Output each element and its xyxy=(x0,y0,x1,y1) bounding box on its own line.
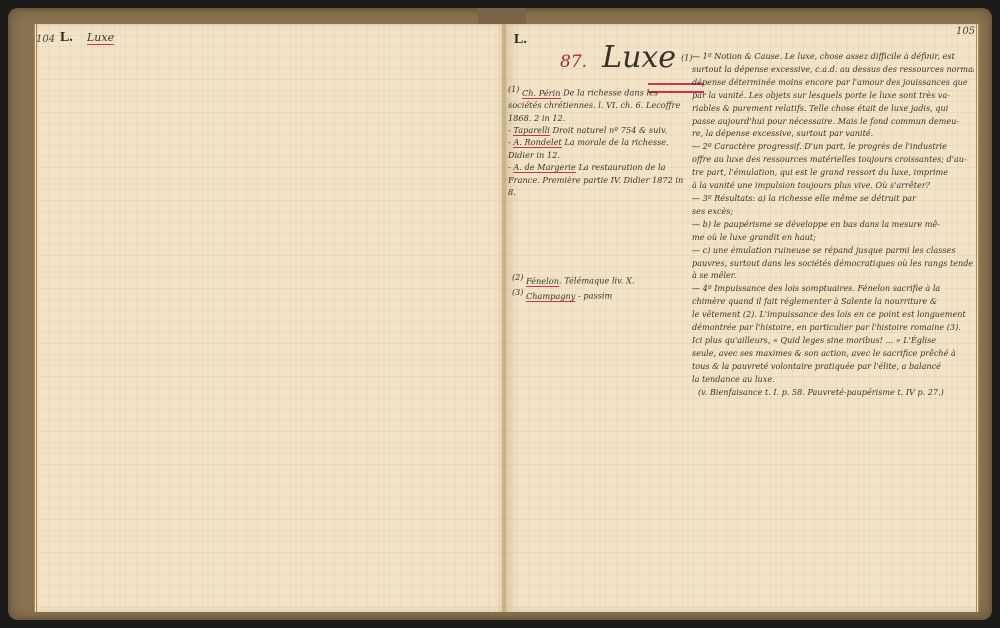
body-line: à se mêler. xyxy=(692,269,974,282)
body-line: — 2º Caractère progressif. D'un part, le… xyxy=(692,140,974,153)
body-line: le vêtement (2). L'impuissance des lois … xyxy=(692,308,974,321)
body-line: chimère quand il fait réglementer à Sale… xyxy=(692,295,974,308)
entry-body: — 1º Notion & Cause. Le luxe, chose asse… xyxy=(692,50,974,398)
left-heading: Luxe xyxy=(87,31,114,45)
body-line: Ici plus qu'ailleurs, « Quid leges sine … xyxy=(692,334,974,347)
body-line: tre part, l'émulation, qui est le grand … xyxy=(692,166,974,179)
body-line: à la vanité une impulsion toujours plus … xyxy=(692,179,974,192)
body-line: pauvres, surtout dans les sociétés démoc… xyxy=(692,257,974,270)
body-line: passe aujourd'hui pour nécessaire. Mais … xyxy=(692,115,974,128)
reference-text: Droit naturel nº 754 & suiv. xyxy=(552,125,667,135)
reference-item: - Taparelli Droit naturel nº 754 & suiv. xyxy=(508,124,684,136)
footnote-item: (2) Fénelon. Télémaque liv. X. xyxy=(512,272,688,287)
title-footnote-mark: (1) xyxy=(681,54,692,63)
footnote-text: Télémaque liv. X. xyxy=(564,276,634,286)
reference-author: Ch. Périn xyxy=(522,88,561,99)
left-page-number: 104 xyxy=(36,34,55,45)
body-line: — c) une émulation ruineuse se répand ju… xyxy=(692,244,974,257)
body-line: ses excès; xyxy=(692,205,974,218)
footnotes-block: (2) Fénelon. Télémaque liv. X. (3) Champ… xyxy=(512,272,688,302)
reference-item: - A. de Margerie La restauration de la F… xyxy=(508,161,684,198)
references-block: (1) Ch. Périn De la richesse dans les so… xyxy=(508,84,684,198)
body-line: — 1º Notion & Cause. Le luxe, chose asse… xyxy=(692,50,974,63)
body-line: la tendance au luxe. xyxy=(692,373,974,386)
reference-item: - A. Rondelet La morale de la richesse. … xyxy=(508,136,684,161)
body-line: riables & purement relatifs. Telle chose… xyxy=(692,102,974,115)
footnote-text: passim xyxy=(583,291,612,301)
left-page xyxy=(34,24,507,612)
reference-author: Taparelli xyxy=(513,125,549,136)
body-line: surtout la dépense excessive, c.a.d. au … xyxy=(692,63,974,76)
footnote-mark: (1) xyxy=(508,85,519,94)
body-line: — 3º Résultats: a) la richesse elle même… xyxy=(692,192,974,205)
footnote-mark: (3) xyxy=(512,288,523,297)
body-line: tous & la pauvreté volontaire pratiquée … xyxy=(692,360,974,373)
right-section-letter: L. xyxy=(514,32,527,48)
body-line: par la vanité. Les objets sur lesquels p… xyxy=(692,89,974,102)
body-line: me où le luxe grandit en haut; xyxy=(692,231,974,244)
entry-number: 87. xyxy=(560,52,587,72)
body-line: démontrée par l'histoire, en particulier… xyxy=(692,321,974,334)
reference-item: (1) Ch. Périn De la richesse dans les so… xyxy=(508,84,684,124)
footnote-mark: (2) xyxy=(512,273,523,282)
cross-reference-line: (v. Bienfaisance t. I. p. 58. Pauvreté-p… xyxy=(692,386,974,399)
body-line: — 4º Impuissance des lois somptuaires. F… xyxy=(692,282,974,295)
footnote-item: (3) Champagny - passim xyxy=(512,287,688,302)
entry-title: 87. Luxe (1) xyxy=(560,40,693,75)
notebook-spine xyxy=(478,8,526,24)
body-line: seule, avec ses maximes & son action, av… xyxy=(692,347,974,360)
left-section-letter: L. xyxy=(60,30,73,46)
right-page-number: 105 xyxy=(956,26,975,37)
body-line: dépense déterminée moins encore par l'am… xyxy=(692,76,974,89)
reference-author: A. Rondelet xyxy=(513,137,561,148)
reference-author: A. de Margerie xyxy=(513,162,575,173)
entry-title-text: Luxe xyxy=(602,40,676,75)
body-line: offre au luxe des ressources matérielles… xyxy=(692,153,974,166)
body-line: re, la dépense excessive, surtout par va… xyxy=(692,127,974,140)
footnote-author: Champagny xyxy=(526,291,575,302)
body-line: — b) le paupérisme se développe en bas d… xyxy=(692,218,974,231)
footnote-author: Fénelon xyxy=(526,276,559,287)
